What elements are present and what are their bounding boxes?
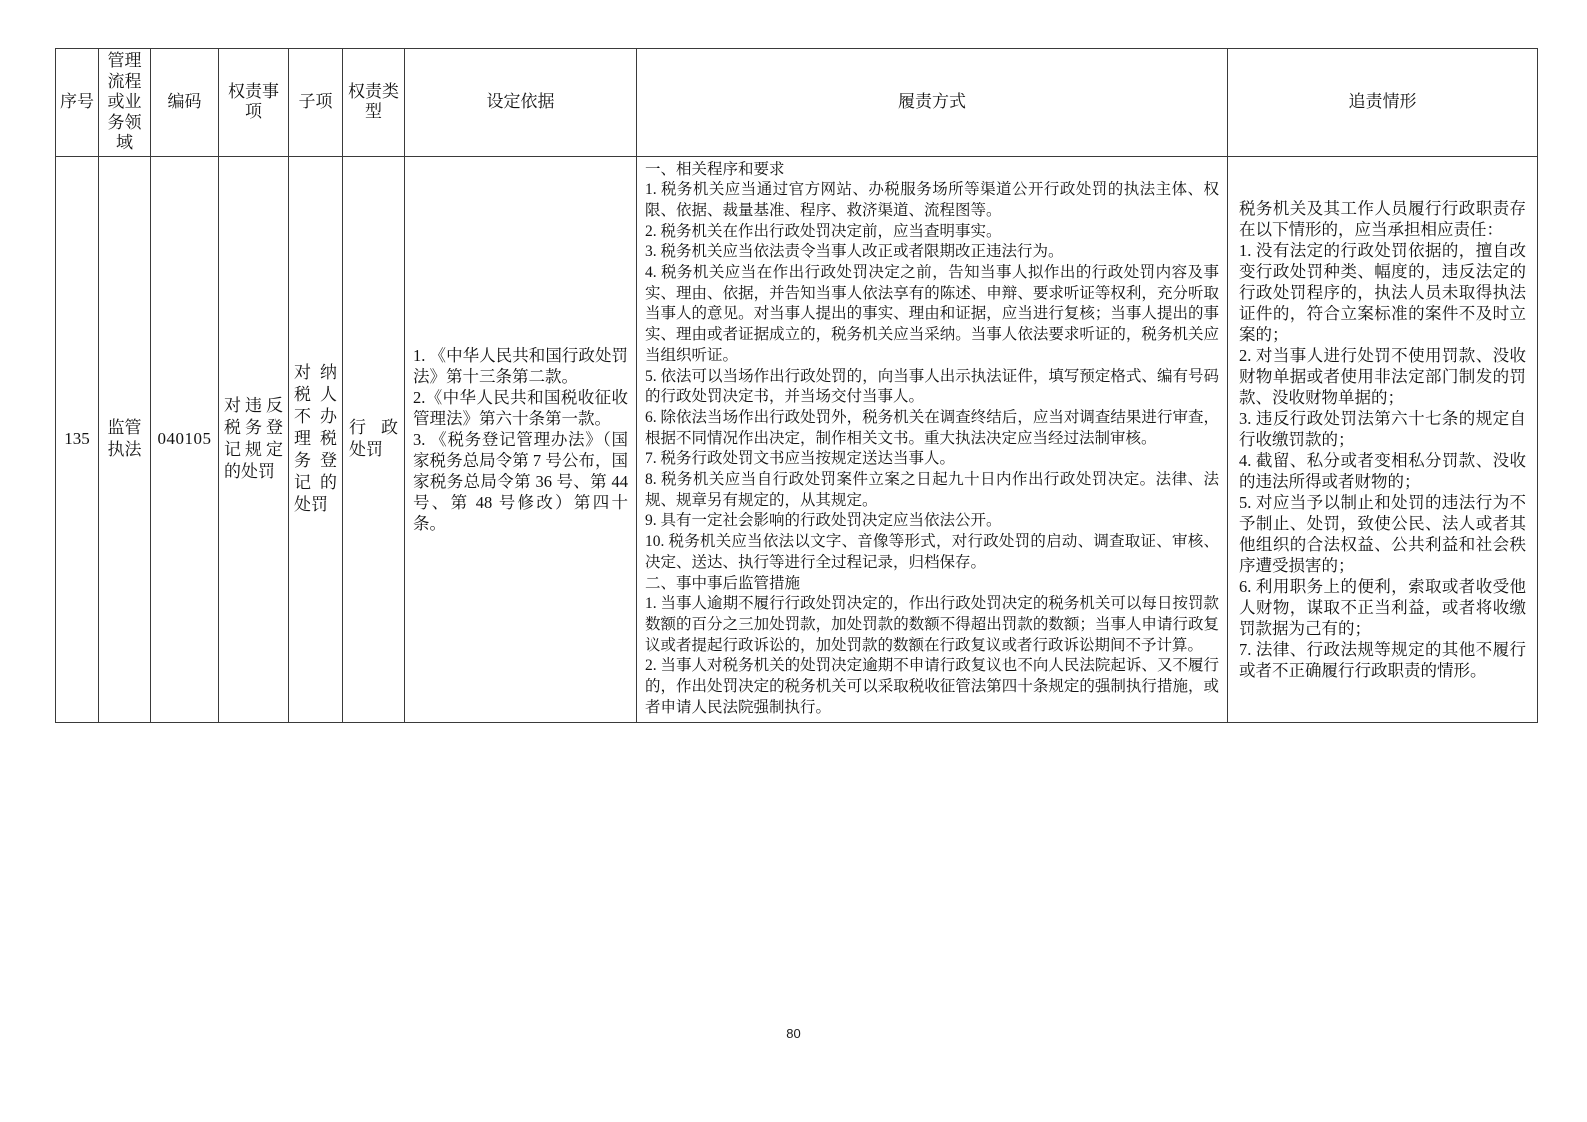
cell-responsibility-matter: 对违反税务登记规定的处罚	[219, 156, 289, 722]
cell-serial-number: 135	[56, 156, 99, 722]
cell-duty-performance: 一、相关程序和要求 1. 税务机关应当通过官方网站、办税服务场所等渠道公开行政处…	[637, 156, 1228, 722]
table-row: 135 监管执法 040105 对违反税务登记规定的处罚 对纳税人不办理税务登记…	[56, 156, 1538, 722]
cell-setting-basis: 1. 《中华人民共和国行政处罚法》第十三条第二款。 2.《中华人民共和国税收征收…	[405, 156, 637, 722]
table-header-row: 序号 管理流程或业务领域 编码 权责事项 子项 权责类型 设定依据 履责方式 追…	[56, 49, 1538, 157]
col-header-type: 权责类型	[343, 49, 405, 157]
cell-responsibility-type: 行政处罚	[343, 156, 405, 722]
col-header-matter: 权责事项	[219, 49, 289, 157]
cell-business-domain: 监管执法	[99, 156, 151, 722]
cell-code: 040105	[151, 156, 219, 722]
cell-sub-item: 对纳税人不办理税务登记的处罚	[289, 156, 343, 722]
col-header-subitem: 子项	[289, 49, 343, 157]
col-header-domain: 管理流程或业务领域	[99, 49, 151, 157]
cell-accountability-situations: 税务机关及其工作人员履行行政职责存在以下情形的，应当承担相应责任： 1. 没有法…	[1228, 156, 1538, 722]
col-header-serial: 序号	[56, 49, 99, 157]
col-header-code: 编码	[151, 49, 219, 157]
col-header-accountability: 追责情形	[1228, 49, 1538, 157]
responsibility-list-table: 序号 管理流程或业务领域 编码 权责事项 子项 权责类型 设定依据 履责方式 追…	[55, 48, 1538, 723]
col-header-basis: 设定依据	[405, 49, 637, 157]
col-header-duty: 履责方式	[637, 49, 1228, 157]
page-number: 80	[0, 1026, 1587, 1041]
